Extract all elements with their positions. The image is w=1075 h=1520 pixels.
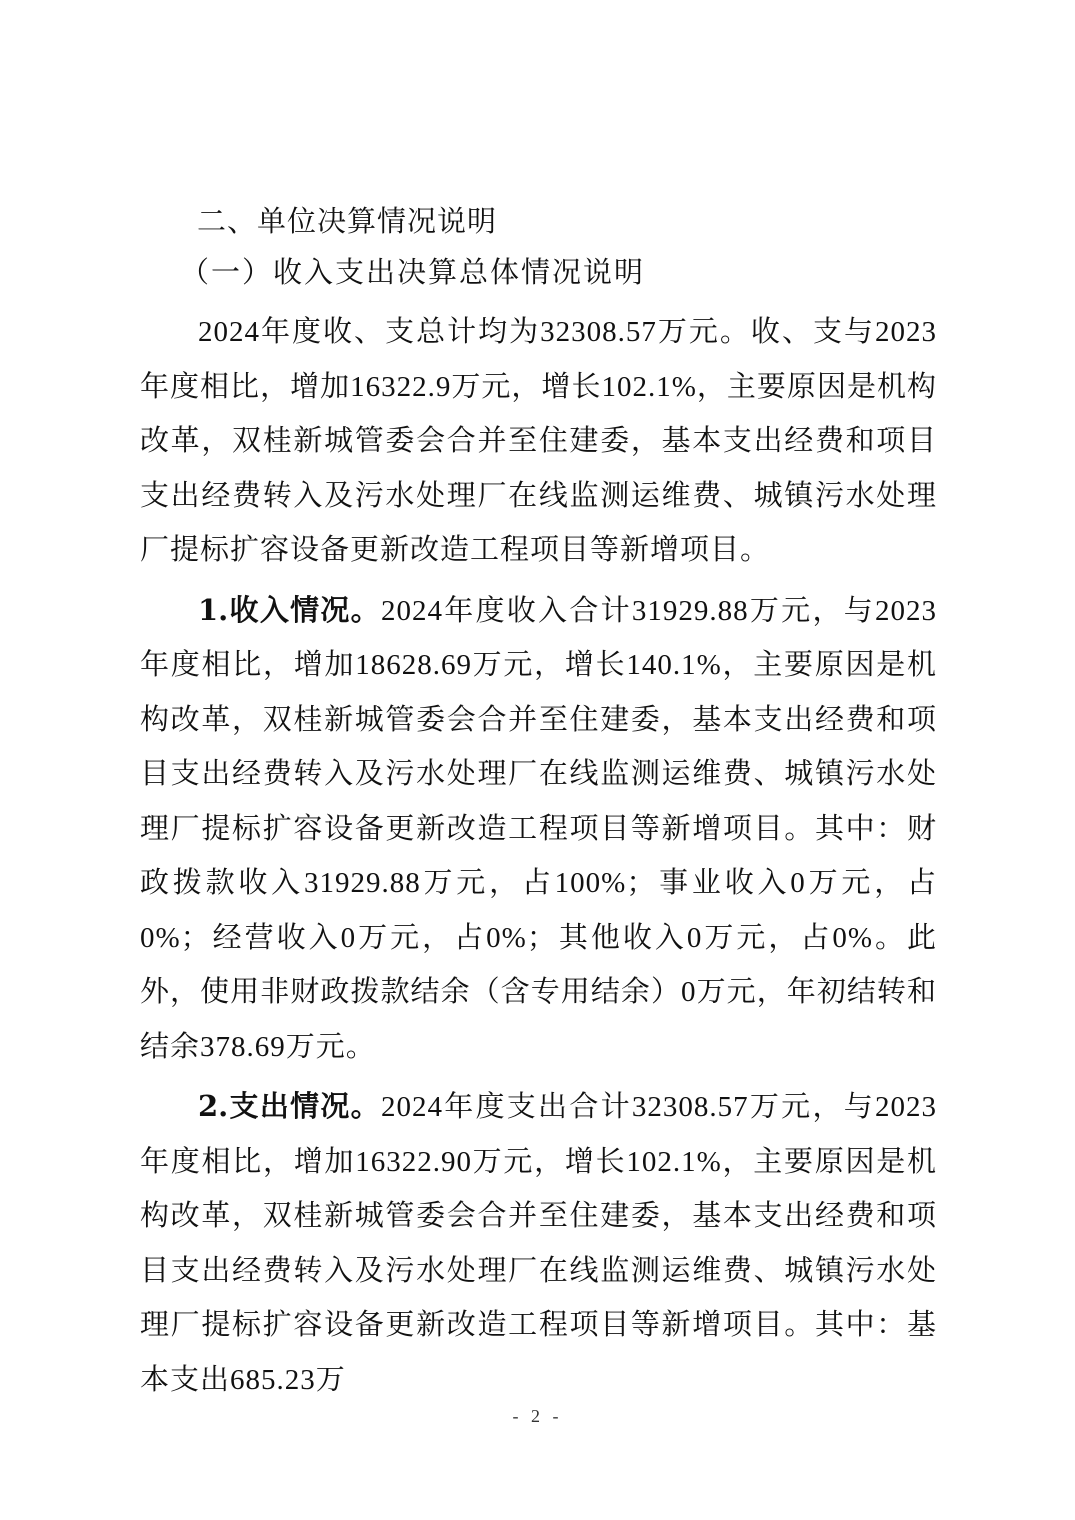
expenditure-paragraph: 2.支出情况。2024年度支出合计32308.57万元，与2023年度相比，增加…: [140, 1079, 937, 1407]
income-paragraph: 1.收入情况。2024年度收入合计31929.88万元，与2023年度相比，增加…: [140, 583, 937, 1075]
page-number: - 2 -: [0, 1406, 1075, 1427]
income-body: 2024年度收入合计31929.88万元，与2023年度相比，增加18628.6…: [140, 595, 937, 1063]
expenditure-lead: 2.支出情况。: [198, 1089, 381, 1123]
subsection-title: （一）收入支出决算总体情况说明: [180, 247, 937, 305]
section-title: 二、单位决算情况说明: [197, 195, 937, 247]
overview-paragraph: 2024年度收、支总计均为32308.57万元。收、支与2023年度相比，增加1…: [140, 305, 937, 578]
income-lead: 1.收入情况。: [198, 593, 381, 627]
expenditure-body: 2024年度支出合计32308.57万元，与2023年度相比，增加16322.9…: [140, 1091, 937, 1396]
document-page: 二、单位决算情况说明 （一）收入支出决算总体情况说明 2024年度收、支总计均为…: [140, 195, 937, 1407]
